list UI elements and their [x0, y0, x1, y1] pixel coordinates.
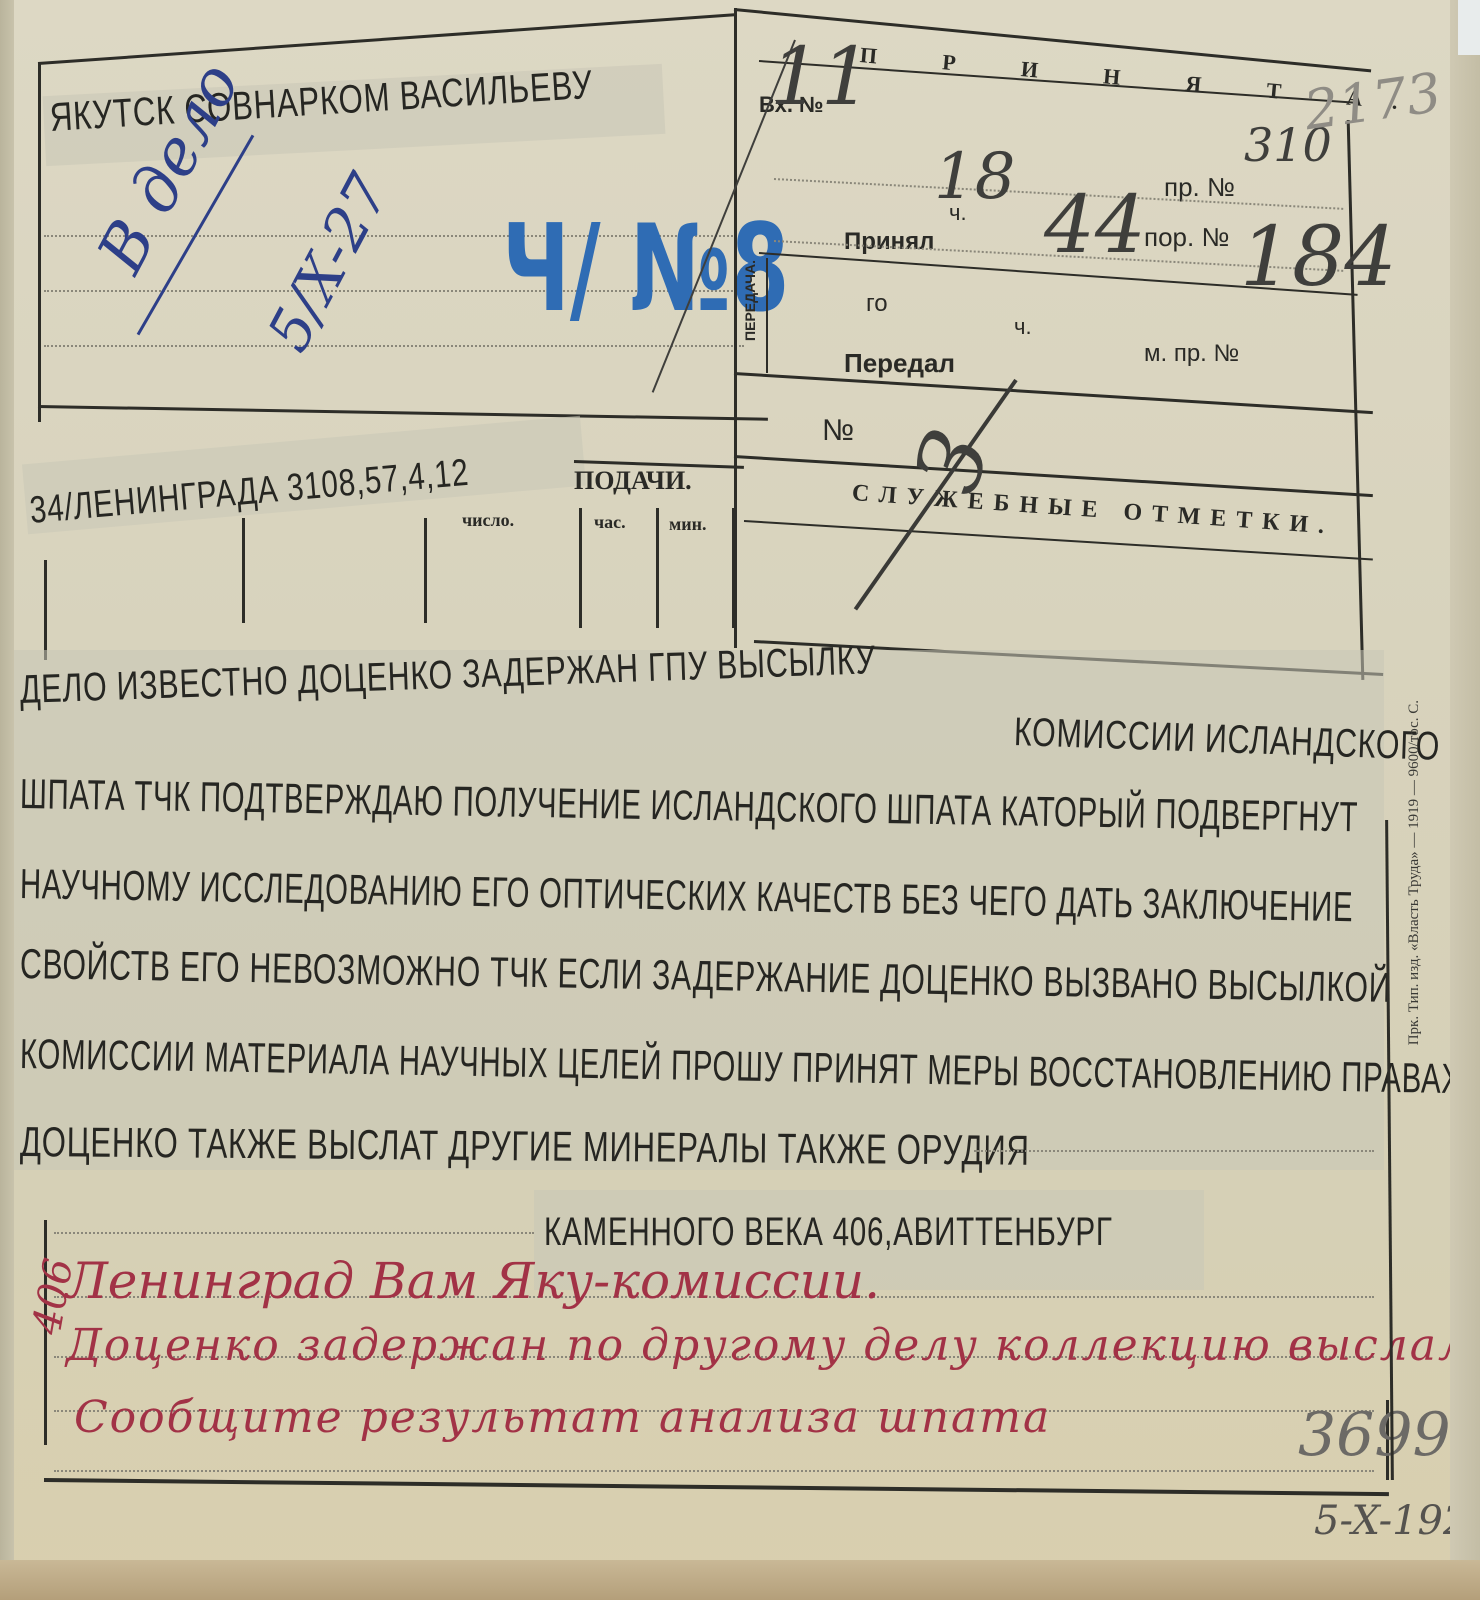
header-top-rule	[38, 13, 737, 65]
archive-number-note: 2173	[1300, 61, 1445, 143]
right-margin-rule	[1385, 820, 1394, 1480]
underlying-page-fragment	[1194, 0, 1374, 40]
header-left-rule	[38, 62, 41, 422]
received-hour-value: 18	[934, 140, 1015, 214]
message-line-6: ДОЦЕНКО ТАКЖЕ ВЫСЛАТ ДРУГИЕ МИНЕРАЛЫ ТАК…	[20, 1118, 1030, 1175]
telegram-form: ЯКУТСК СОВНАРКОМ ВАСИЛЬЕВУ В дело 5/X-27…	[14, 0, 1454, 1600]
field-no-label: №	[822, 414, 854, 448]
column-minutes: мин.	[669, 514, 707, 535]
sender-signature-line: КАМЕННОГО ВЕКА 406,АВИТТЕНБУРГ	[544, 1210, 1113, 1255]
received-minutes-value: 44	[1044, 178, 1146, 271]
grid-line	[44, 560, 47, 660]
dotted-line	[974, 1150, 1374, 1152]
dotted-line	[44, 345, 744, 347]
column-hour: час.	[594, 512, 626, 533]
grid-line	[579, 508, 582, 628]
field-accepted-label: Принял	[844, 228, 934, 256]
printer-imprint: Прк. Тип. изд. «Власть Труда» — 1919 — 9…	[1406, 700, 1423, 1045]
field-go-label: го	[866, 290, 888, 318]
resolution-handwriting: В дело	[84, 51, 255, 284]
received-vh-no-value: 11	[770, 30, 872, 123]
transmit-side-label: ПЕРЕДАЧА.	[742, 260, 758, 341]
reply-line-1: Ленинград Вам Яку-комиссии.	[66, 1252, 880, 1310]
reply-bottom-rule	[44, 1478, 1389, 1496]
grid-line	[242, 518, 245, 623]
dotted-line	[54, 1470, 1374, 1472]
received-right-rule	[1347, 120, 1365, 680]
submission-label: ПОДАЧИ.	[574, 466, 692, 496]
underlying-folder-edge	[0, 1560, 1480, 1600]
grid-line	[656, 508, 659, 628]
resolution-date: 5/X-27	[254, 163, 403, 362]
grid-line	[732, 508, 735, 628]
field-transmitted-label: Передал	[844, 348, 955, 379]
header-bottom-rule	[38, 405, 768, 421]
field-por-no-label: пор. №	[1144, 222, 1229, 253]
transmit-side-rule	[766, 258, 768, 373]
dotted-line	[54, 1232, 534, 1234]
grid-line	[424, 518, 427, 623]
reply-number: 3699	[1298, 1400, 1451, 1470]
column-day: число.	[462, 510, 514, 531]
service-top-rule	[734, 455, 1373, 497]
reply-line-2: Доценко задержан по другому делу коллекц…	[66, 1320, 1480, 1371]
background-corner	[1458, 0, 1480, 55]
field-transmit-hour-label: ч.	[1014, 314, 1032, 340]
reply-line-3: Сообщите результат анализа шпата	[74, 1392, 1051, 1443]
field-m-pr-no-label: м. пр. №	[1144, 340, 1239, 368]
received-por-no-value: 184	[1240, 210, 1397, 305]
page-edge-right	[1450, 0, 1480, 1600]
transmit-bottom-rule	[734, 372, 1373, 414]
